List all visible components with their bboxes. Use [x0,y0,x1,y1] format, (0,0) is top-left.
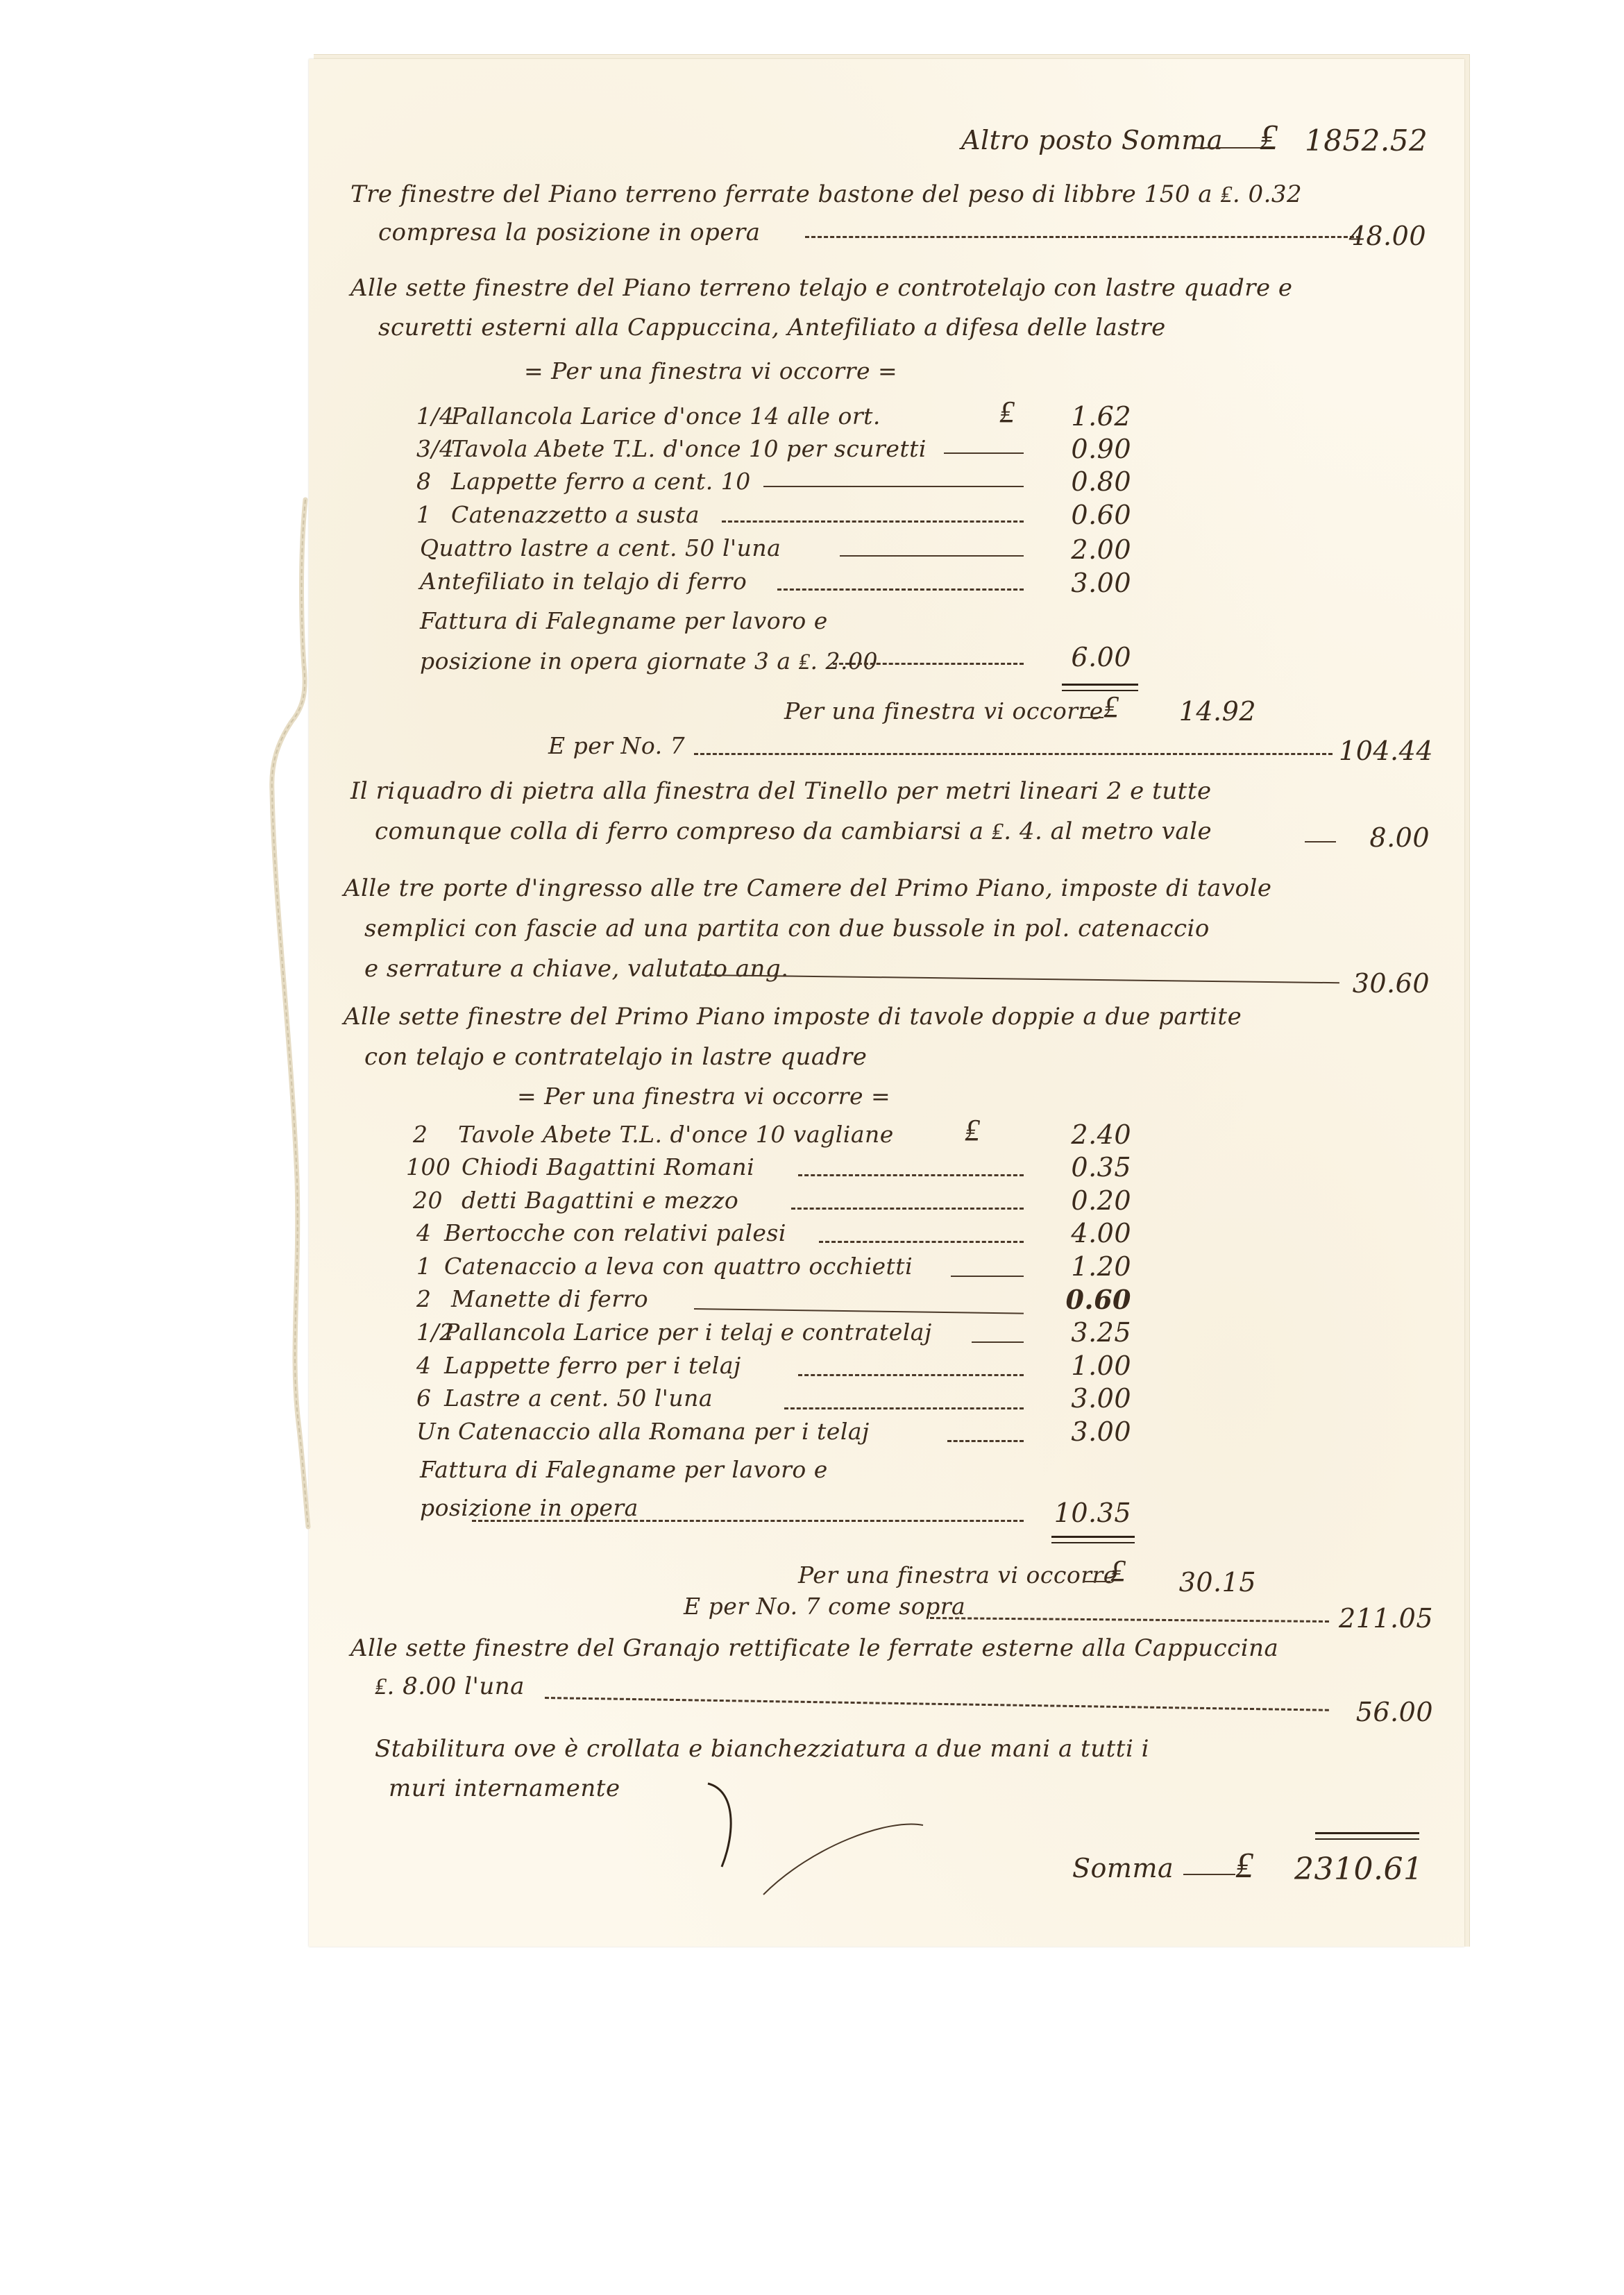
per-window-total: 14.92 [1166,696,1256,727]
item-amount: 10.35 [1041,1498,1131,1528]
entry-line: Stabilitura ove è crollata e bianchezzia… [375,1728,1149,1770]
item-qty: 8 [416,468,432,495]
lira-symbol-icon: ₤ [1235,1845,1253,1886]
footer-label: Somma [1072,1853,1174,1883]
entry-line: Alle tre porte d'ingresso alle tre Camer… [344,867,1272,909]
item-amount: 2.40 [1041,1119,1131,1150]
item-qty: 3/4 [416,435,455,462]
footer-amount: 2310.61 [1294,1852,1423,1887]
item-desc: Lappette ferro a cent. 10 [451,468,751,495]
leader-dashes [833,663,1024,665]
item-amount: 6.00 [1041,642,1131,672]
leader-dashes [472,1520,1024,1522]
item-desc: Tavola Abete T.L. d'once 10 per scuretti [451,435,927,462]
leader-dashes [791,1208,1024,1210]
item-amount: 1.00 [1041,1350,1131,1381]
per-window-label: Per una finestra vi occorre [784,697,1103,725]
leader-dashes [819,1241,1024,1243]
item-desc: Catenazzetto a susta [451,501,700,528]
times-label: E per No. 7 [548,732,685,759]
leader-line [840,555,1024,557]
entry-line: con telajo e contratelajo in lastre quad… [364,1036,867,1078]
item-desc: Lappette ferro per i telaj [444,1352,741,1379]
item-desc: Pallancola Larice per i telaj e contrate… [444,1319,932,1346]
item-desc: Manette di ferro [451,1285,648,1312]
item-desc: Antefiliato in telajo di ferro [420,568,747,595]
item-desc: detti Bagattini e mezzo [462,1187,738,1214]
item-desc: Fattura di Falegname per lavoro e posizi… [420,601,947,681]
entry-line: compresa la posizione in opera [378,212,760,253]
item-desc: Pallancola Larice d'once 14 alle ort. [451,403,881,430]
entry-amount: 8.00 [1343,822,1430,853]
per-window-total: 30.15 [1166,1567,1256,1598]
item-qty: 6 [416,1384,432,1412]
entry-line: ₤. 8.00 l'una [375,1666,525,1707]
header-label: Altro posto Somma [961,125,1223,155]
header-leader [1194,147,1270,149]
entry-line: comunque colla di ferro compreso da camb… [375,811,1212,852]
entry-amount: 30.60 [1343,968,1430,999]
subheading: = Per una finestra vi occorre = [517,1083,890,1110]
leader-dashes [805,236,1360,238]
leader-line [1083,1581,1110,1582]
item-desc: Lastre a cent. 50 l'una [444,1384,713,1412]
lira-symbol-icon: ₤ [1103,689,1119,725]
item-amount: 3.25 [1041,1317,1131,1348]
item-amount: 2.00 [1041,534,1131,565]
item-qty: 1 [416,501,432,528]
item-amount: 1.62 [1041,401,1131,432]
subtotal-rule [1051,1536,1135,1543]
lira-symbol-icon: ₤ [1260,117,1278,158]
leader-line [951,1276,1024,1277]
entry-line: Il riquadro di pietra alla finestra del … [350,770,1212,812]
entry-amount: 211.05 [1329,1603,1433,1634]
entry-line: Alle sette finestre del Piano terreno te… [350,267,1293,309]
leader-line [763,486,1024,487]
item-qty: 2 [413,1121,428,1148]
leader-line [1079,717,1103,718]
total-rule [1315,1832,1419,1840]
item-amount: 4.00 [1041,1218,1131,1248]
leader-line [972,1341,1024,1343]
item-desc: Catenaccio alla Romana per i telaj [458,1418,870,1445]
item-amount: 1.20 [1041,1251,1131,1282]
item-desc: Chiodi Bagattini Romani [462,1153,754,1180]
item-amount: 0.35 [1041,1152,1131,1183]
item-qty: 2 [416,1285,432,1312]
item-amount: 3.00 [1041,568,1131,598]
entry-line: Tre finestre del Piano terreno ferrate b… [350,173,1302,215]
header-amount: 1852.52 [1305,124,1423,158]
item-desc: Fattura di Falegname per lavoro e posizi… [420,1450,906,1527]
item-amount: 3.00 [1041,1383,1131,1414]
lira-symbol-icon: ₤ [999,394,1015,430]
leader-dashes [722,520,1024,523]
leader-dashes [777,588,1024,591]
entry-line: semplici con fascie ad una partita con d… [364,908,1210,949]
entry-line: scuretti esterni alla Cappuccina, Antefi… [378,307,1166,348]
item-desc: Catenaccio a leva con quattro occhietti [444,1253,913,1280]
times-label: E per No. 7 come sopra [684,1593,965,1620]
subtotal-rule [1062,684,1138,691]
item-desc: Tavole Abete T.L. d'once 10 vagliane [458,1121,894,1148]
leader-dashes [784,1407,1024,1409]
entry-line: e serrature a chiave, valutato ang. [364,948,789,990]
item-desc: Quattro lastre a cent. 50 l'una [420,534,781,561]
footer-leader [1183,1874,1235,1875]
leader-dashes [798,1374,1024,1376]
entry-amount: 48.00 [1343,221,1426,251]
entry-amount: 104.44 [1329,736,1433,766]
item-qty: 100 [406,1153,451,1180]
entry-line: muri internamente [389,1768,620,1809]
item-qty: Un [416,1418,451,1445]
leader-line [1305,841,1336,842]
leader-line [944,452,1024,454]
lira-symbol-icon: ₤ [965,1112,980,1148]
item-amount: 0.80 [1041,466,1131,497]
subheading: = Per una finestra vi occorre = [524,357,897,384]
item-amount: 3.00 [1041,1416,1131,1447]
item-amount: 0.60 [1041,1284,1131,1315]
entry-line: Alle sette finestre del Primo Piano impo… [344,996,1242,1038]
item-qty: 4 [416,1352,432,1379]
item-qty: 4 [416,1219,432,1246]
leader-dashes [694,753,1333,755]
per-window-label: Per una finestra vi occorre [798,1561,1117,1589]
leader-dashes [798,1174,1024,1176]
item-amount: 0.90 [1041,434,1131,464]
item-desc: Bertocche con relativi palesi [444,1219,786,1246]
entry-amount: 56.00 [1329,1697,1433,1727]
entry-line: Alle sette finestre del Granajo rettific… [350,1627,1278,1669]
item-amount: 0.60 [1041,500,1131,530]
leader-dashes [947,1440,1024,1442]
item-qty: 1 [416,1253,432,1280]
item-qty: 20 [413,1187,443,1214]
lira-symbol-icon: ₤ [1110,1553,1126,1589]
item-amount: 0.20 [1041,1185,1131,1216]
